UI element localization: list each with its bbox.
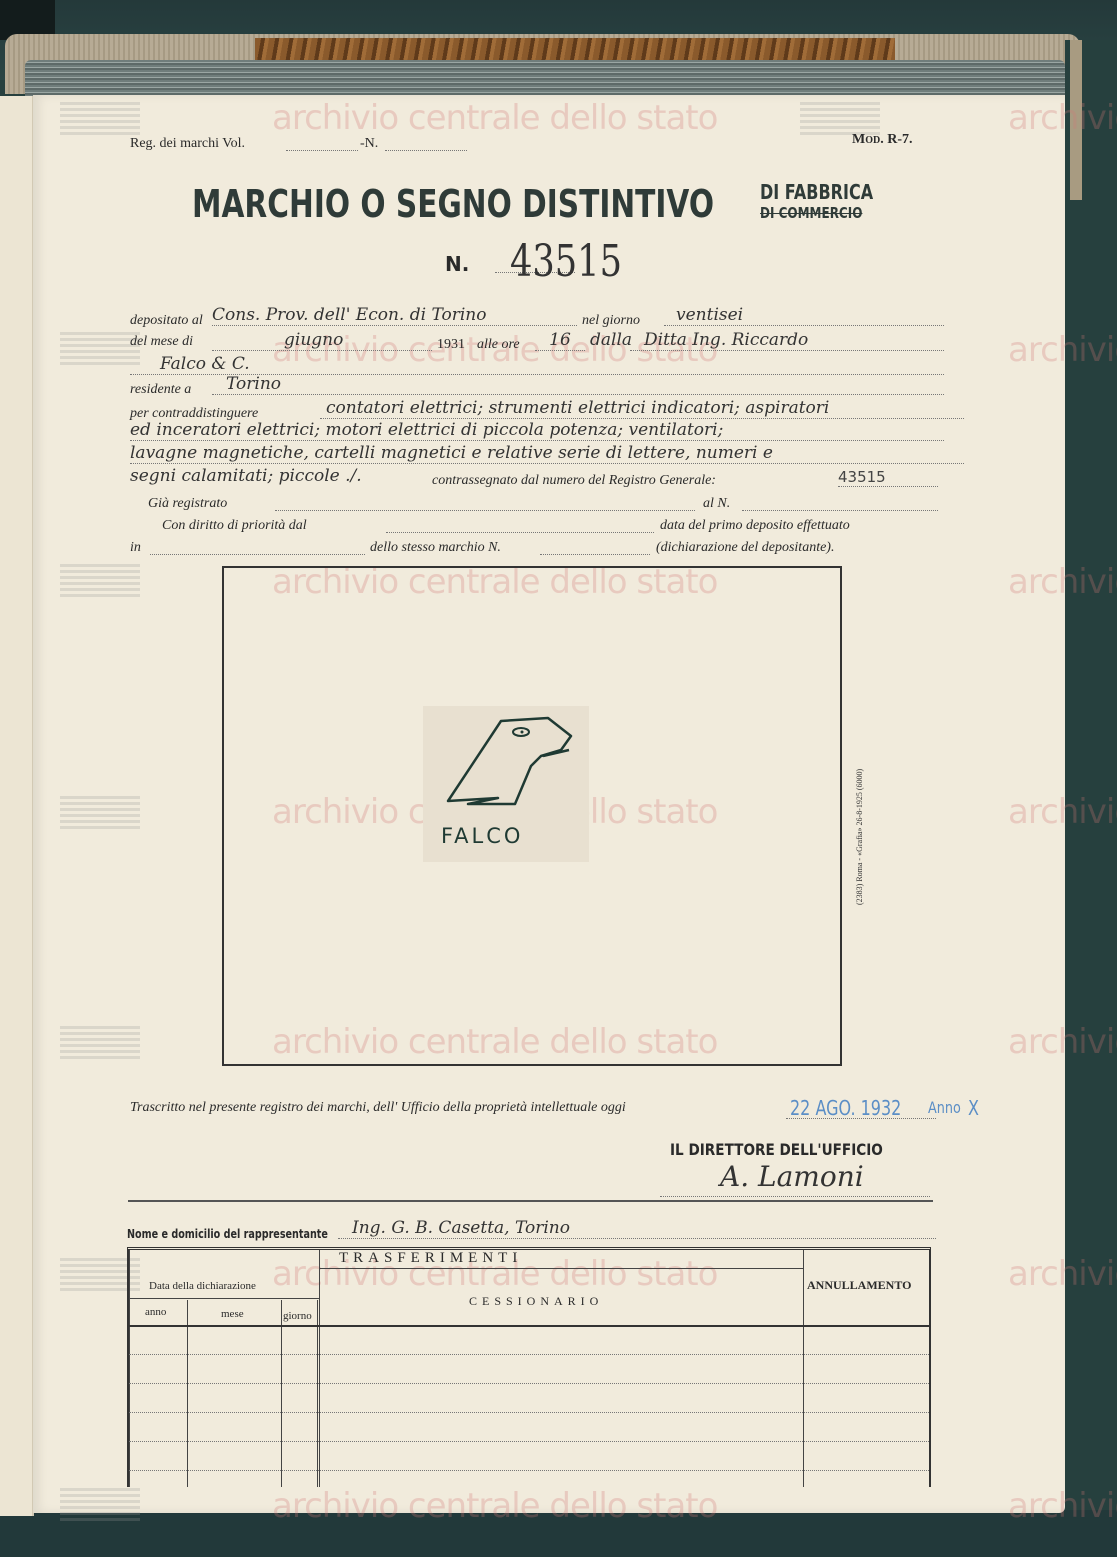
signature-line	[660, 1196, 930, 1197]
in-field	[150, 554, 365, 555]
by-label: dalla	[590, 330, 632, 350]
purpose-line-3: lavagne magnetiche, cartelli magnetici e…	[130, 443, 964, 464]
al-n-field	[742, 510, 938, 511]
mark-number: 43515	[510, 236, 622, 287]
representative-value: Ing. G. B. Casetta, Torino	[338, 1218, 936, 1239]
transfers-title: TRASFERIMENTI	[339, 1250, 522, 1267]
same-mark-label: dello stesso marchio N.	[370, 540, 501, 556]
same-mark-field	[540, 554, 650, 555]
purpose-line-4: segni calamitati; piccole ./.	[130, 466, 362, 486]
col-divider	[187, 1300, 188, 1487]
priority-label: Con diritto di priorità dal	[162, 518, 307, 534]
director-title: IL DIRETTORE DELL'UFFICIO	[670, 1140, 883, 1159]
declaration-label: (dichiarazione del depositante).	[656, 540, 834, 556]
register-volume-field	[286, 150, 358, 151]
table-row	[129, 1383, 929, 1384]
watermark-logo	[60, 1026, 140, 1060]
facing-page-edge	[0, 96, 34, 1516]
director-signature: A. Lamoni	[720, 1160, 864, 1193]
watermark-logo	[800, 102, 880, 136]
printer-note: (2383) Roma - «Grafia» 26-8-1925 (6000)	[855, 769, 864, 905]
applicant-name-cont: Falco & C.	[130, 354, 944, 375]
divider	[128, 1200, 933, 1202]
mark-type-fabbrica: DI FABBRICA	[760, 180, 873, 204]
mark-type-commercio-struck: DI COMMERCIO	[760, 204, 862, 222]
day-label: nel giorno	[582, 313, 640, 329]
applicant-name: Ditta Ing. Riccardo	[630, 330, 944, 351]
table-row	[129, 1354, 929, 1355]
register-label: contrassegnato dal numero del Registro G…	[432, 473, 716, 489]
in-label: in	[130, 540, 141, 556]
col-divider	[281, 1300, 282, 1487]
deposited-at-label: depositato al	[130, 313, 203, 329]
watermark-logo	[60, 332, 140, 366]
transcription-text: Trascritto nel presente registro dei mar…	[130, 1100, 626, 1116]
header-divider	[129, 1298, 319, 1299]
mark-number-label: N.	[445, 252, 469, 276]
transfers-table: TRASFERIMENTI Data della dichiarazione a…	[127, 1247, 931, 1487]
first-deposit-label: data del primo deposito effettuato	[660, 518, 850, 534]
table-row	[129, 1412, 929, 1413]
table-row	[129, 1470, 929, 1471]
resident-value: Torino	[212, 374, 944, 395]
book-cover-right	[1065, 40, 1117, 1557]
watermark-logo	[60, 564, 140, 598]
anno-value: X	[968, 1096, 979, 1120]
hour-value: 16	[535, 330, 585, 351]
col-divider	[319, 1250, 320, 1487]
watermark-logo	[60, 102, 140, 136]
day-value: ventisei	[664, 305, 944, 326]
book-cover-edge	[1070, 40, 1082, 200]
header-divider	[319, 1268, 803, 1269]
page-title: MARCHIO O SEGNO DISTINTIVO	[192, 182, 714, 226]
purpose-line-1: contatori elettrici; strumenti elettrici…	[320, 398, 964, 419]
register-number: 43515	[838, 468, 938, 487]
al-n-label: al N.	[703, 496, 730, 512]
month-label: del mese di	[130, 334, 193, 350]
trademark-label: FALCO	[441, 824, 523, 848]
year-value: 1931	[437, 337, 465, 353]
date-group-header: Data della dichiarazione	[149, 1280, 256, 1292]
priority-field	[386, 532, 654, 533]
col-divider	[317, 1300, 318, 1487]
table-row	[129, 1441, 929, 1442]
book-cover-bottom	[0, 1510, 1117, 1557]
watermark-logo	[60, 796, 140, 830]
falcon-head-icon	[423, 706, 589, 826]
header-bottom-rule	[129, 1325, 929, 1327]
register-number-label: -N.	[360, 136, 378, 152]
purpose-line-2: ed inceratori elettrici; motori elettric…	[130, 420, 944, 441]
deposited-at-value: Cons. Prov. dell' Econ. di Torino	[212, 305, 577, 326]
col-annullamento: ANNULLAMENTO	[807, 1278, 911, 1293]
anno-label: Anno	[928, 1098, 961, 1117]
page-edges	[25, 60, 1065, 100]
col-divider	[129, 1250, 130, 1487]
model-code: Mod. R-7.	[852, 132, 913, 148]
hour-label: alle ore	[477, 337, 520, 353]
col-mese: mese	[221, 1308, 244, 1320]
col-giorno: giorno	[283, 1310, 312, 1322]
watermark-logo	[60, 1488, 140, 1522]
transcription-stamp-date: 22 AGO. 1932	[790, 1096, 901, 1120]
resident-label: residente a	[130, 382, 191, 398]
already-registered-field	[275, 510, 695, 511]
trademark-specimen: FALCO	[423, 706, 589, 862]
representative-label: Nome e domicilio del rappresentante	[127, 1227, 328, 1241]
col-divider	[803, 1250, 804, 1487]
register-volume-label: Reg. dei marchi Vol.	[130, 136, 245, 152]
register-number-field	[385, 150, 467, 151]
col-cessionario: CESSIONARIO	[469, 1294, 603, 1309]
month-value: giugno	[212, 330, 432, 351]
already-registered-label: Già registrato	[148, 496, 227, 512]
col-anno: anno	[145, 1306, 166, 1318]
